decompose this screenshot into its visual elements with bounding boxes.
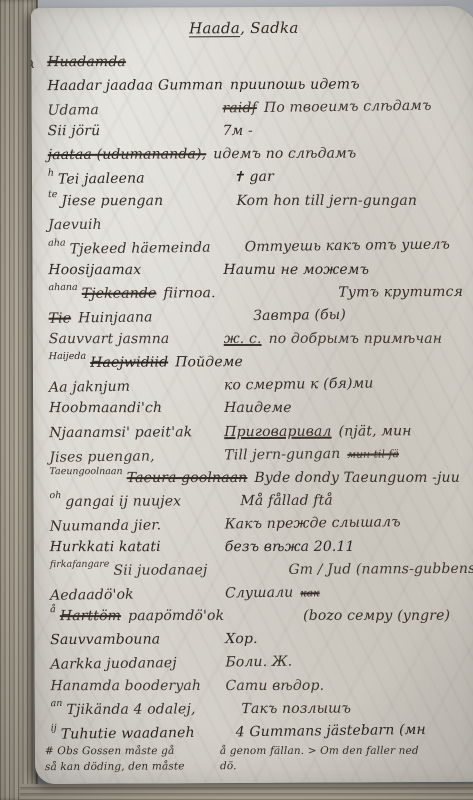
manuscript-line: # Obs Gossen måste gå å genom fällan. > … <box>45 744 473 760</box>
manuscript-line: Hoobmaandi'ch Наидеме <box>49 397 473 420</box>
manuscript-line: Sauvvart jasmna ж. с. по добрымъ примѣча… <box>49 328 473 351</box>
translation-phrase: å genom fällan. > Om den faller ned <box>220 744 419 760</box>
manuscript-line: h Tei jaaleena ✝ gar <box>48 164 473 193</box>
manuscript-line: så kan döding, den måste dö. <box>45 758 473 776</box>
inserted-word-above-line: an <box>51 692 63 715</box>
sami-phrase: så kan döding, den måste <box>45 760 213 776</box>
sami-phrase: Sauvvambouna <box>50 629 218 653</box>
translation-phrase: (bozo семру (yngre) <box>303 605 450 628</box>
sami-phrase: Sii jörü <box>48 120 216 143</box>
translation-phrase: идемъ по слѣдамъ <box>213 143 356 167</box>
manuscript-line: aha Tjekeed häemeinda Оттуешь какъ отъ у… <box>48 233 473 262</box>
translation-phrase: Наидеме <box>224 397 292 420</box>
ink-smudge: ≋ <box>31 58 37 70</box>
sami-phrase: Tjekeed häemeinda <box>70 236 238 261</box>
translation-phrase: Må fållad ftå <box>240 489 333 513</box>
struck-word: jaataa (udumananda), <box>48 144 207 168</box>
margin-brace-mark: ⌇ <box>31 206 35 236</box>
translation-phrase: Такъ позлышъ <box>241 697 351 721</box>
translation-phrase: Завтра (бы) <box>253 304 346 328</box>
sami-phrase: Jaevuih <box>48 213 216 237</box>
sami-phrase: gangai ij nuujex <box>65 490 233 514</box>
manuscript-line: Nuumanda jier. Какъ прежде слышалъ <box>50 510 473 539</box>
sami-phrase: Sii juodanaej <box>113 559 281 583</box>
translation-phrase: dö. <box>220 759 237 775</box>
inserted-word-above-line: aha <box>48 231 66 254</box>
translation-phrase: Боли. Ж. <box>225 651 292 675</box>
translation-phrase: Gm / Jud (namns-gubbens söner — <box>288 558 473 582</box>
translation-phrase: приипошь идетъ <box>230 74 360 98</box>
manuscript-line: Hurkkati katati безъ вѣжа 20.11 <box>50 536 473 559</box>
sami-phrase: Aarkka juodanaej <box>50 652 218 677</box>
page-heading: Haada, Sadka <box>189 18 473 38</box>
struck-word-inline: raidf <box>222 97 257 121</box>
manuscript-photo: ≋ ⌇ ⌇ Haada, Sadka Huadamda Haadar jaada… <box>0 0 473 800</box>
inserted-word-above-line: ahana <box>48 276 77 299</box>
sami-phrase: Hoobmaandi'ch <box>49 397 217 420</box>
translation-phrase: По твоеимъ слѣдамъ <box>264 95 432 120</box>
manuscript-line: Hanamda booderyah Сати вѣдор. <box>51 674 473 697</box>
translation-phrase: Хор. <box>225 628 258 651</box>
translation-phrase: Byde dondy Taeunguom -juu <box>254 466 460 489</box>
manuscript-lines: Huadamda Haadar jaadaa Gumman приипошь и… <box>47 50 473 776</box>
page-stack-bottom-edge <box>20 784 473 800</box>
manuscript-line: Tie Huinjaana Завтра (бы) <box>48 302 473 331</box>
struck-word: Taeura goolnaan <box>127 467 248 490</box>
sami-phrase: paapömdö'ok <box>128 605 296 628</box>
translation-phrase: Сати вѣдор. <box>226 674 325 697</box>
sami-phrase: Njaanamsi' paeit'ak <box>49 421 217 445</box>
manuscript-line: å Harttöm paapömdö'ok (bozo семру (yngre… <box>50 605 473 628</box>
sami-phrase: Tuhutie waadaneh <box>61 721 229 746</box>
manuscript-page: ≋ ⌇ ⌇ Haada, Sadka Huadamda Haadar jaada… <box>31 6 473 784</box>
margin-brace-mark: ⌇ <box>31 250 36 280</box>
manuscript-line: Taeungoolnaan Taeura goolnaan Byde dondy… <box>49 466 473 489</box>
translation-phrase: ко смерти к (бя)ми <box>224 373 374 398</box>
translation-phrase: Оттуешь какъ отъ ушелъ <box>245 233 451 259</box>
manuscript-line: Jaevuih <box>48 211 473 236</box>
sami-phrase: Nuumanda jier. <box>50 513 218 538</box>
struck-word: Harttöm <box>60 605 121 628</box>
translation-phrase: Till jern-gungan <box>224 443 340 468</box>
manuscript-line: an Tjikända 4 odalej, Такъ позлышъ <box>51 696 473 721</box>
manuscript-line: ij Tuhutie waadaneh 4 Gummans jästebarn … <box>51 718 473 747</box>
translation-phrase: 7м - <box>223 120 253 143</box>
struck-word: Huadamda <box>47 51 126 74</box>
margin-note-struck: мин til fä <box>347 443 399 467</box>
inserted-word-above-line: te <box>48 183 57 206</box>
struck-word: Tjekeande <box>82 282 157 305</box>
margin-note-struck: как <box>300 582 320 605</box>
inserted-word-above-line: Taeungoolnaan <box>49 460 122 483</box>
inserted-word-above-line: firkafangare <box>50 553 110 576</box>
translation-phrase: ✝ gar <box>233 166 274 190</box>
manuscript-line: Njaanamsi' paeit'ak Приговаривал (njät, … <box>49 419 473 444</box>
translation-phrase: 4 Gummans jästebarn (мн <box>236 719 426 745</box>
translation-phrase: Наити не можемъ <box>223 259 369 282</box>
translation-phrase: (njät, мин <box>339 420 412 443</box>
manuscript-line: Udama raidf По твоеимъ слѣдамъ <box>47 94 473 123</box>
inserted-word-above-line: å <box>50 598 56 621</box>
manuscript-line: Huadamda <box>47 51 473 74</box>
translation-phrase: Какъ прежде слышалъ <box>225 511 401 536</box>
translation-phrase: Пойдеме <box>175 351 243 374</box>
manuscript-line: Sii jörü 7м - <box>48 120 473 143</box>
sami-phrase: Tei jaaleena <box>58 167 226 192</box>
inserted-word-above-line: Haijeda <box>49 345 86 368</box>
inserted-word-above-line: ij <box>51 716 57 739</box>
translation-phrase: Kom hon till jern-gungan <box>236 189 417 212</box>
manuscript-line: Hoosijaamax Наити не можемъ <box>48 259 473 282</box>
manuscript-line: Aedaadö'ok Слушали как <box>50 579 473 608</box>
sami-phrase: Jiese puengan <box>61 190 229 213</box>
sami-phrase: Tjikända 4 odalej, <box>66 698 234 722</box>
translation-phrase: по добрымъ примѣчан <box>269 328 443 351</box>
sami-phrase: Huinjaana <box>78 305 246 330</box>
manuscript-line: te Jiese puengan Kom hon till jern-gunga… <box>48 189 473 212</box>
translation-underlined: Приговаривал <box>224 420 331 444</box>
heading-word-rest: , Sadka <box>240 19 299 37</box>
translation-phrase: безъ вѣжа 20.11 <box>225 536 355 559</box>
translation-phrase: Тутъ крутится <box>338 281 463 305</box>
sami-phrase: Hanamda booderyah <box>51 675 219 698</box>
inserted-word-above-line: oh <box>49 484 61 507</box>
struck-word: Haejwidiid <box>90 352 168 376</box>
translation-underlined: ж. с. <box>224 328 262 351</box>
manuscript-line: Aarkka juodanaej Боли. Ж. <box>50 649 473 678</box>
sami-phrase: Haadar jaadaa Gumman <box>47 74 223 98</box>
inserted-word-above-line: h <box>48 162 54 185</box>
heading-word-underlined: Haada <box>189 19 240 37</box>
sami-phrase: fiirnoa. <box>163 282 331 306</box>
sami-phrase: # Obs Gossen måste gå <box>45 744 213 760</box>
translation-phrase: Слушали <box>225 582 294 606</box>
